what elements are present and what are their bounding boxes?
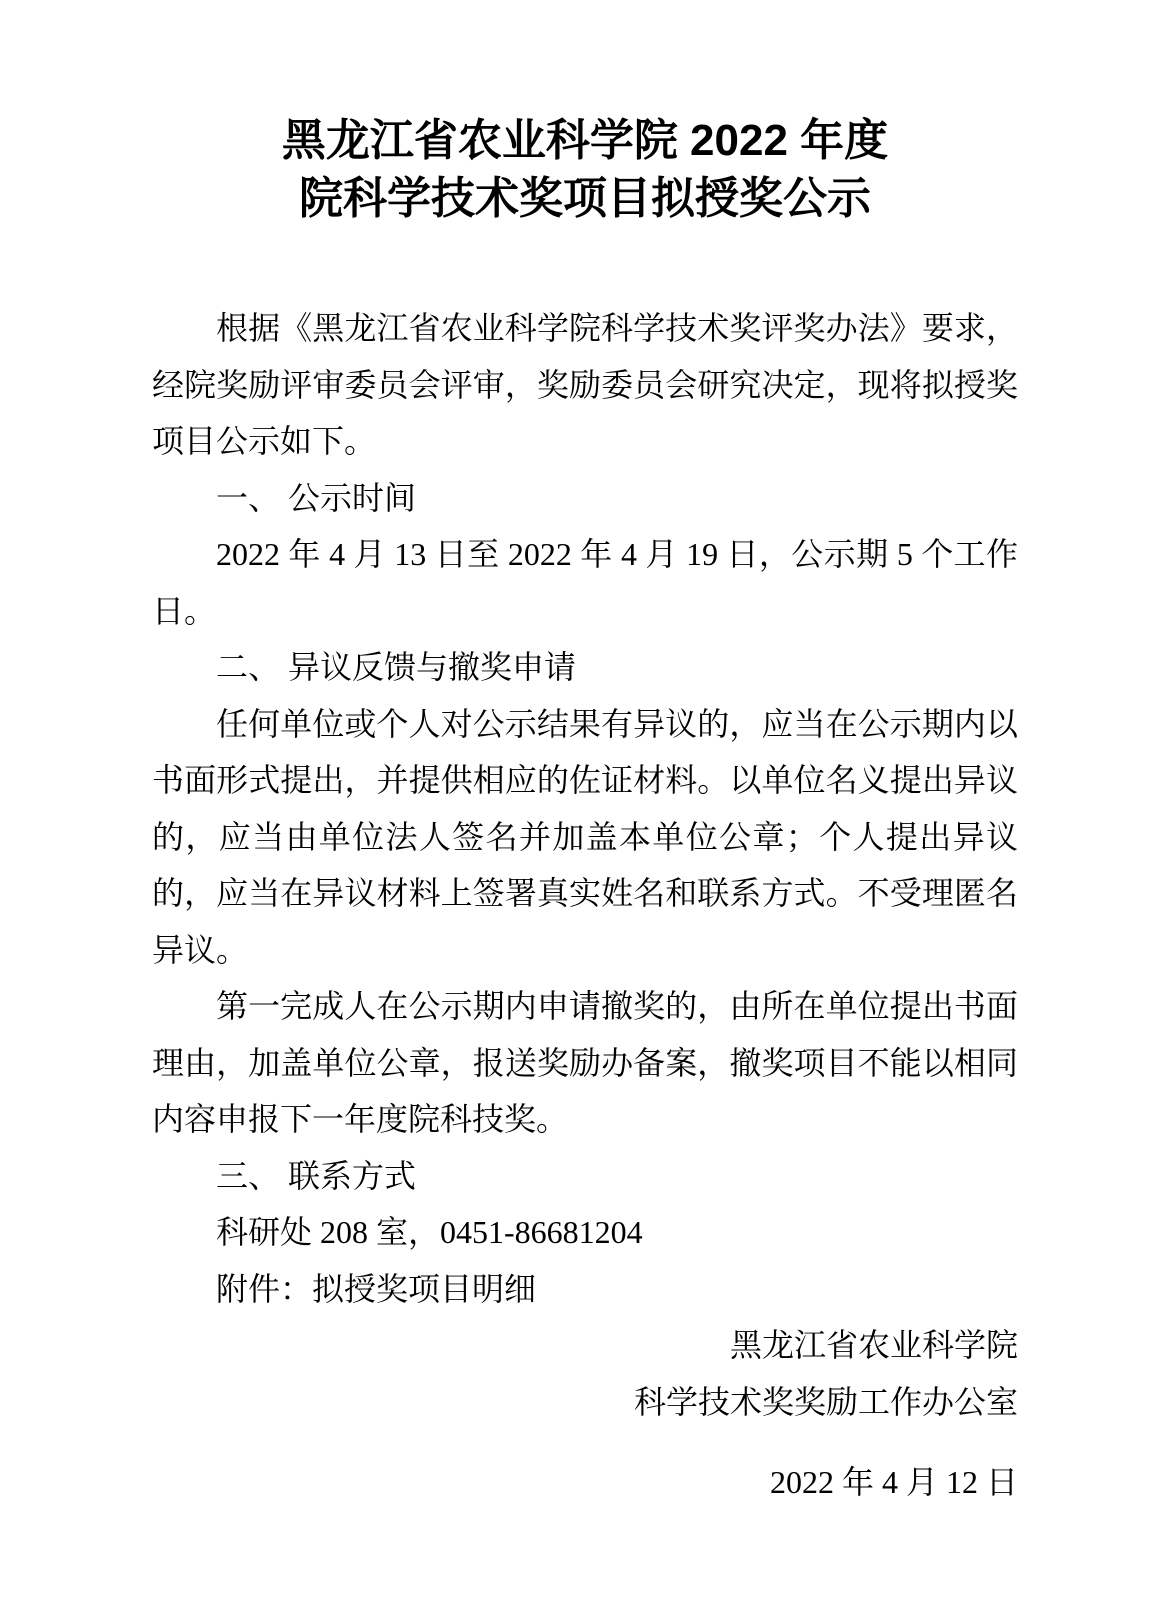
paragraph-withdrawal-rules: 第一完成人在公示期内申请撤奖的，由所在单位提出书面理由，加盖单位公章，报送奖励办… — [152, 978, 1018, 1148]
paragraph-intro: 根据《黑龙江省农业科学院科学技术奖评奖办法》要求，经院奖励评审委员会评审，奖励委… — [152, 300, 1018, 470]
paragraph-contact-info: 科研处 208 室，0451-86681204 — [152, 1204, 1018, 1261]
signature-org-line1: 黑龙江省农业科学院 — [152, 1317, 1018, 1374]
document-title-line2: 院科学技术奖项目拟授奖公示 — [152, 170, 1018, 228]
document-title: 黑龙江省农业科学院 2022 年度 院科学技术奖项目拟授奖公示 — [152, 112, 1018, 228]
section-heading-1: 一、 公示时间 — [152, 470, 1018, 527]
paragraph-objection-rules: 任何单位或个人对公示结果有异议的，应当在公示期内以书面形式提出，并提供相应的佐证… — [152, 696, 1018, 979]
document-page: 黑龙江省农业科学院 2022 年度 院科学技术奖项目拟授奖公示 根据《黑龙江省农… — [0, 0, 1158, 1610]
signature-block: 黑龙江省农业科学院 科学技术奖奖励工作办公室 2022 年 4 月 12 日 — [152, 1317, 1018, 1511]
signature-date: 2022 年 4 月 12 日 — [152, 1454, 1018, 1511]
section-heading-3: 三、 联系方式 — [152, 1148, 1018, 1205]
document-title-line1: 黑龙江省农业科学院 2022 年度 — [152, 112, 1018, 170]
paragraph-attachment-note: 附件：拟授奖项目明细 — [152, 1261, 1018, 1318]
document-body: 根据《黑龙江省农业科学院科学技术奖评奖办法》要求，经院奖励评审委员会评审，奖励委… — [152, 300, 1018, 1317]
paragraph-announcement-period: 2022 年 4 月 13 日至 2022 年 4 月 19 日，公示期 5 个… — [152, 526, 1018, 639]
section-heading-2: 二、 异议反馈与撤奖申请 — [152, 639, 1018, 696]
signature-org-line2: 科学技术奖奖励工作办公室 — [152, 1374, 1018, 1431]
